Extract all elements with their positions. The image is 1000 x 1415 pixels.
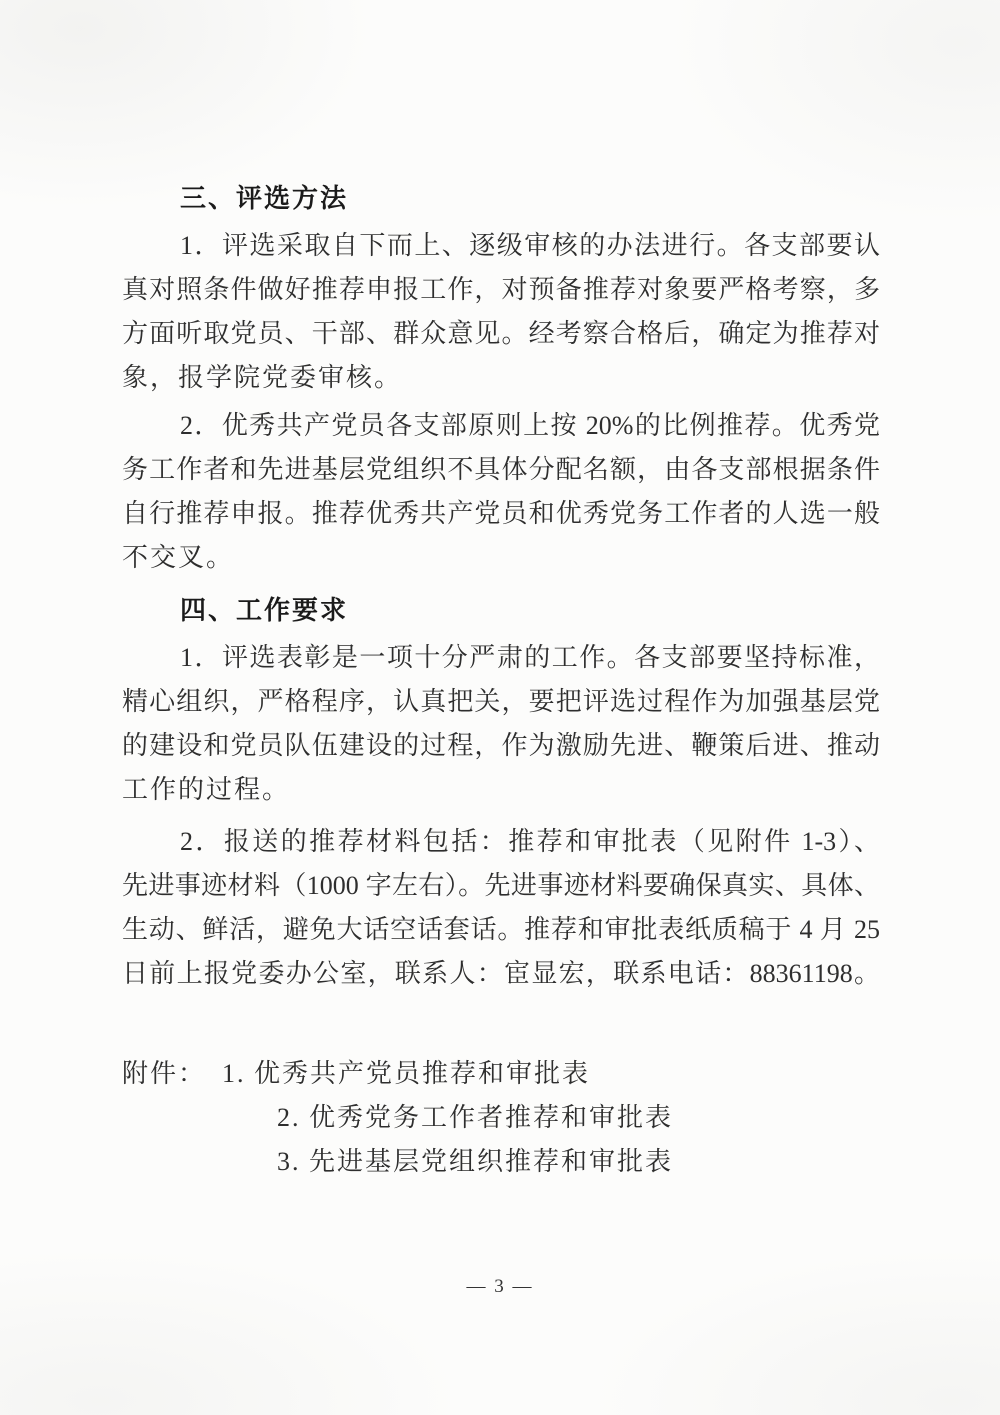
section-4-item-2-line-2: 先进事迹材料（1000 字左右）。先进事迹材料要确保真实、具体、	[122, 864, 880, 908]
section-4-item-2-line-4: 日前上报党委办公室，联系人：宦显宏，联系电话：88361198。	[122, 952, 880, 996]
section-4-heading: 四、工作要求	[122, 588, 880, 632]
attachments-first-line: 附件：1. 优秀共产党员推荐和审批表	[122, 1052, 880, 1096]
document-body: 三、评选方法 1．评选采取自下而上、逐级审核的办法进行。各支部要认 真对照条件做…	[0, 0, 1000, 1184]
section-4-item-2-line-1: 2．报送的推荐材料包括：推荐和审批表（见附件 1-3）、	[122, 820, 880, 864]
attachments-block: 附件：1. 优秀共产党员推荐和审批表 2. 优秀党务工作者推荐和审批表 3. 先…	[122, 1052, 880, 1184]
section-4-item-1-line-2: 精心组织，严格程序，认真把关，要把评选过程作为加强基层党	[122, 680, 880, 724]
section-3-item-1-line-1: 1．评选采取自下而上、逐级审核的办法进行。各支部要认	[122, 224, 880, 268]
attachment-item-3: 3. 先进基层党组织推荐和审批表	[122, 1140, 880, 1184]
section-3-item-2-line-4: 不交叉。	[122, 536, 880, 580]
section-3-item-2-line-2: 务工作者和先进基层党组织不具体分配名额，由各支部根据条件	[122, 448, 880, 492]
section-3-item-1-line-3: 方面听取党员、干部、群众意见。经考察合格后，确定为推荐对	[122, 312, 880, 356]
section-3-heading: 三、评选方法	[122, 176, 880, 220]
section-4-item-1-line-1: 1．评选表彰是一项十分严肃的工作。各支部要坚持标准，	[122, 636, 880, 680]
scanned-document-page: 三、评选方法 1．评选采取自下而上、逐级审核的办法进行。各支部要认 真对照条件做…	[0, 0, 1000, 1415]
section-4-item-1-line-3: 的建设和党员队伍建设的过程，作为激励先进、鞭策后进、推动	[122, 724, 880, 768]
section-4-item-2-line-3: 生动、鲜活，避免大话空话套话。推荐和审批表纸质稿于 4 月 25	[122, 908, 880, 952]
section-3-item-2-line-1: 2．优秀共产党员各支部原则上按 20%的比例推荐。优秀党	[122, 404, 880, 448]
section-3-item-2-line-3: 自行推荐申报。推荐优秀共产党员和优秀党务工作者的人选一般	[122, 492, 880, 536]
page-number: — 3 —	[0, 1276, 1000, 1298]
section-3-item-1-line-4: 象，报学院党委审核。	[122, 356, 880, 400]
attachment-item-1: 1. 优秀共产党员推荐和审批表	[222, 1059, 590, 1088]
attachments-label: 附件：	[122, 1059, 206, 1088]
section-4-item-1-line-4: 工作的过程。	[122, 768, 880, 812]
attachment-item-2: 2. 优秀党务工作者推荐和审批表	[122, 1096, 880, 1140]
section-3-item-1-line-2: 真对照条件做好推荐申报工作，对预备推荐对象要严格考察，多	[122, 268, 880, 312]
